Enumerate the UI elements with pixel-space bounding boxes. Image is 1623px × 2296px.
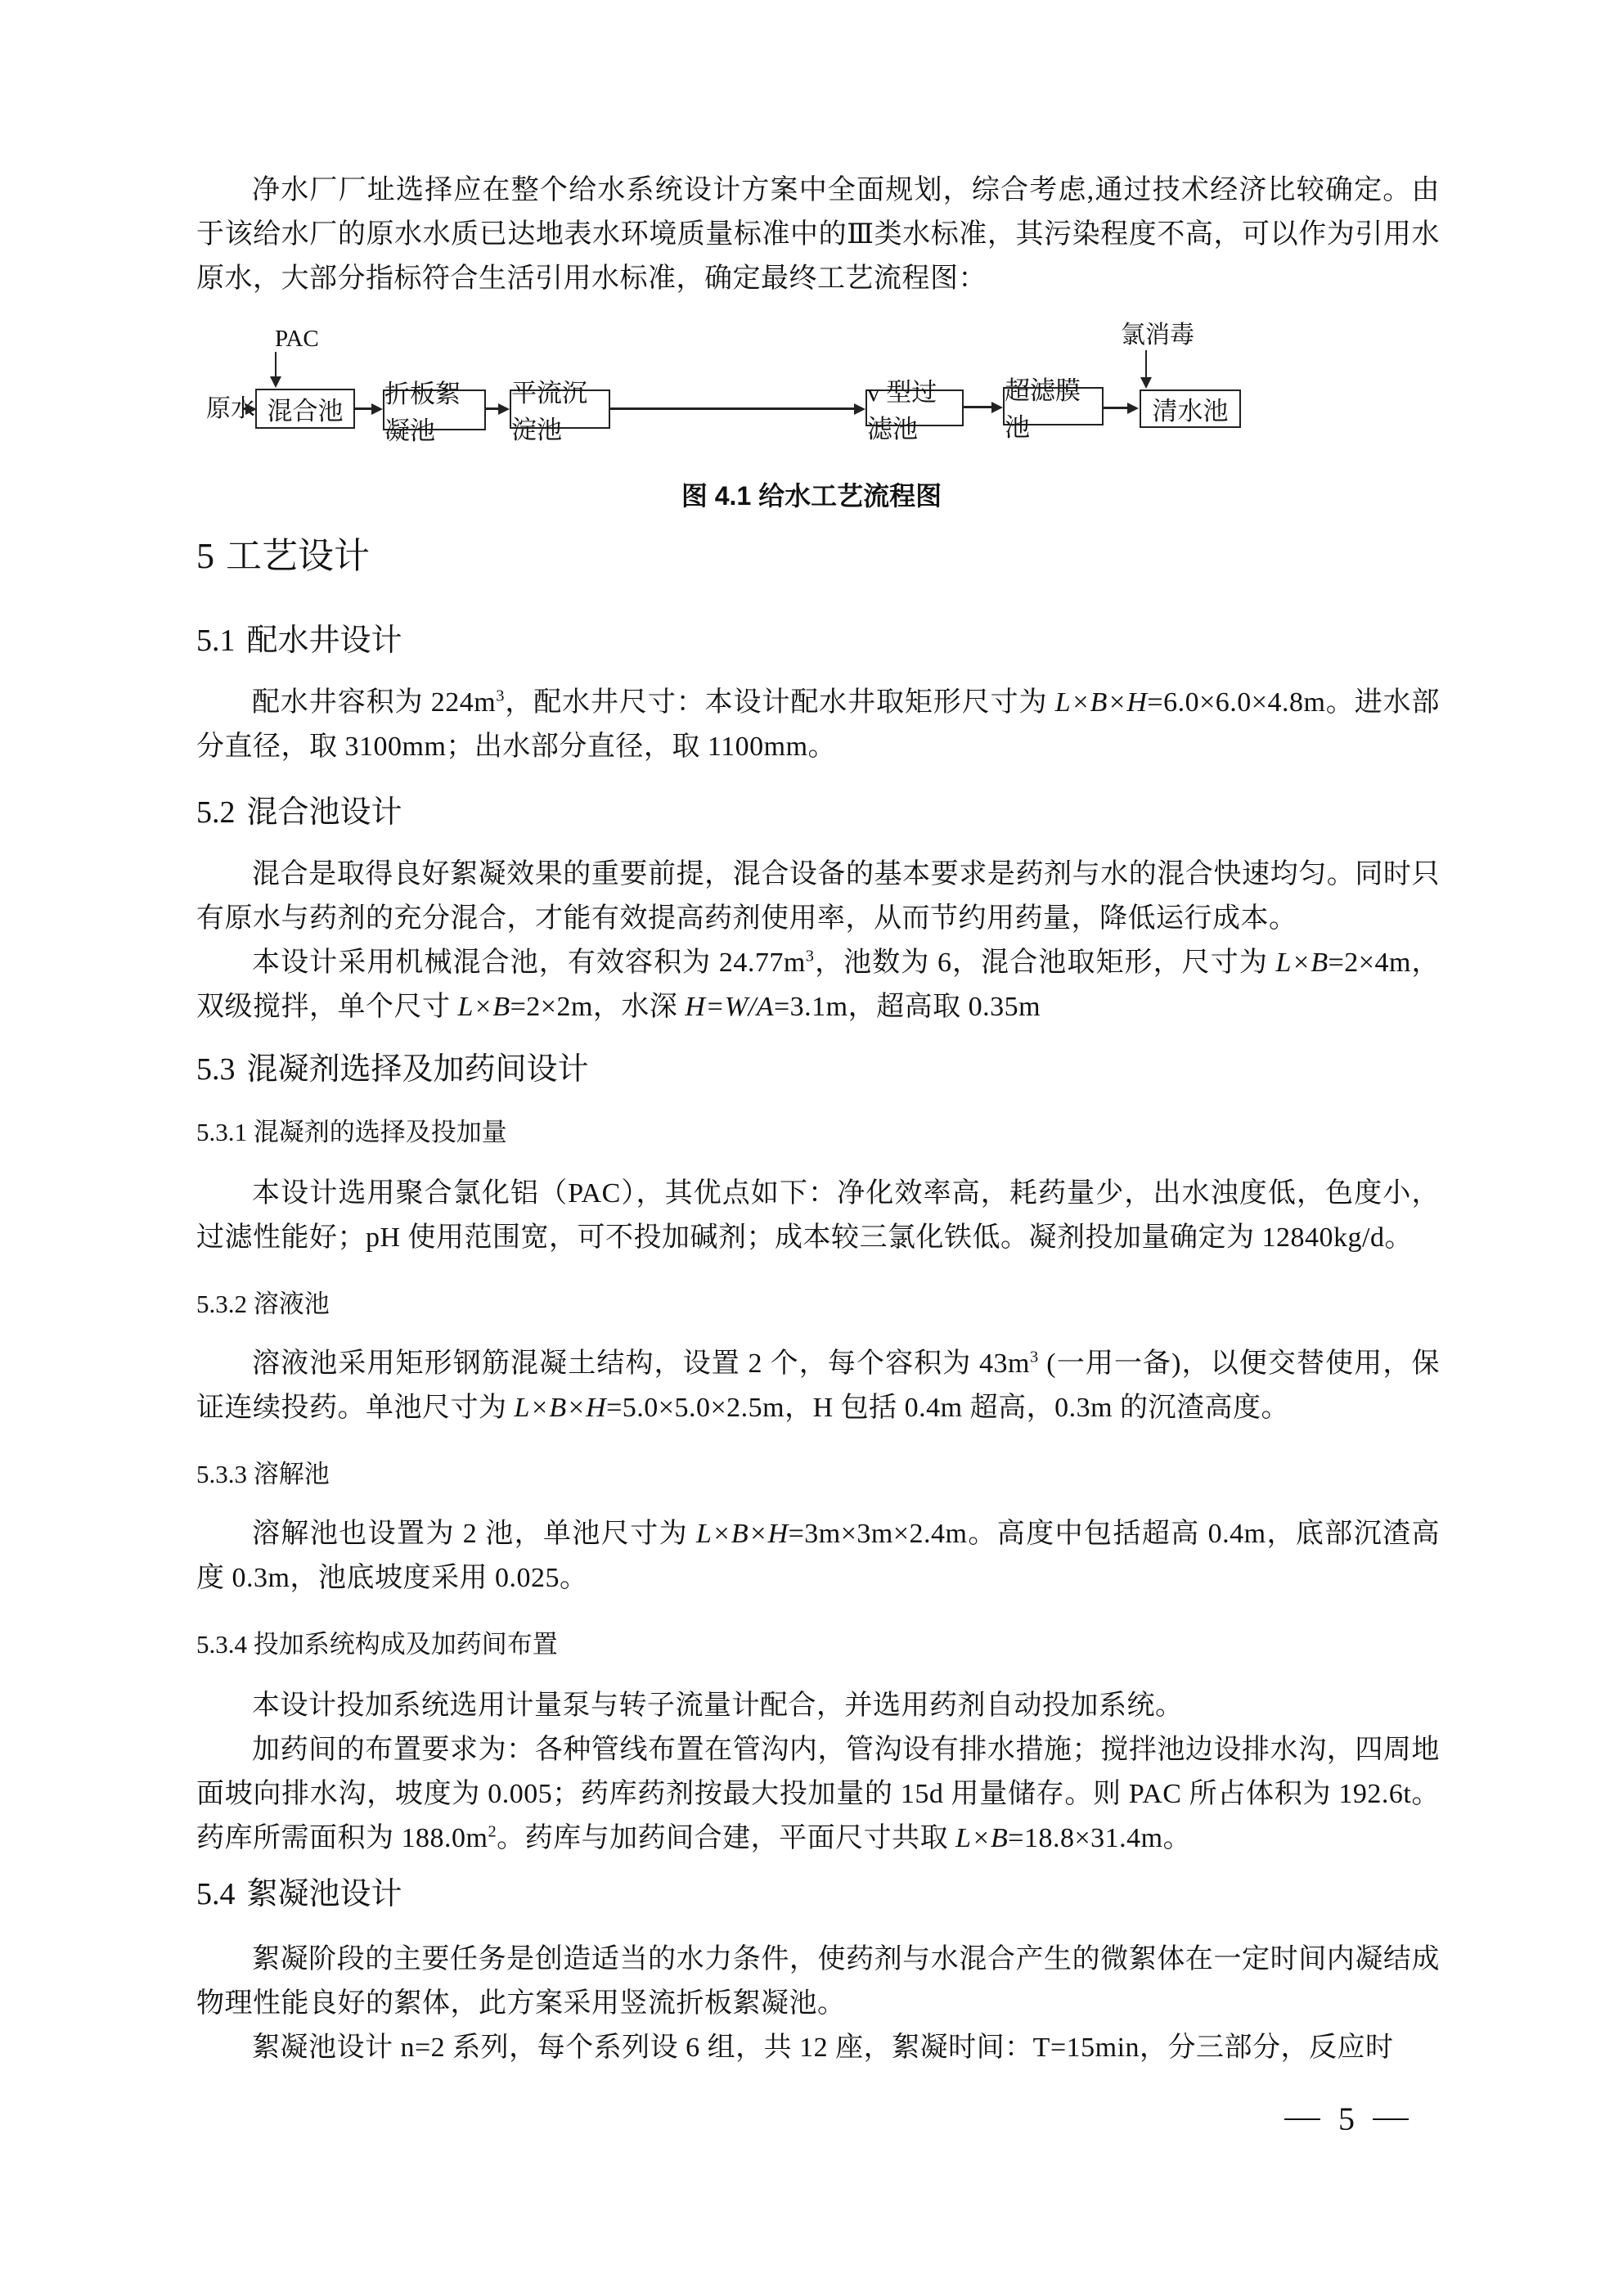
arrow-right-icon: [991, 402, 1003, 413]
arrow-right-icon: [371, 403, 383, 415]
flow-step-mixing-tank: 混合池: [255, 389, 355, 429]
text-run: 本设计采用机械混合池，有效容积为 24.77m: [252, 948, 806, 978]
superscript: 2: [488, 1823, 497, 1841]
flow-dose-chlorine-label: 氯消毒: [1121, 321, 1194, 350]
subsection-5-3-2-paragraph: 溶液池采用矩形钢筋混凝土结构，设置 2 个，每个容积为 43m3 (一用一备)，…: [196, 1342, 1440, 1430]
arrow-right-icon: [854, 403, 865, 415]
text-run: =3.1m，超高取 0.35m: [774, 992, 1041, 1022]
formula: L×B: [458, 992, 510, 1022]
flow-step-label: 清水池: [1153, 390, 1229, 427]
subsection-heading-5-3-2: 5.3.2 溶液池: [196, 1286, 330, 1322]
figure-caption: 图 4.1 给水工艺流程图: [0, 479, 1623, 512]
flow-step-label: 平流沉淀池: [511, 372, 609, 446]
section-heading-5-2: 5.2混合池设计: [196, 792, 402, 833]
section-5-1-paragraph: 配水井容积为 224m3，配水井尺寸：本设计配水井取矩形尺寸为 L×B×H=6.…: [196, 681, 1440, 769]
document-page: 净水厂厂址选择应在整个给水系统设计方案中全面规划，综合考虑,通过技术经济比较确定…: [0, 0, 1623, 2296]
formula: L×B×H: [696, 1519, 789, 1549]
formula: H=W/A: [685, 992, 774, 1022]
flow-connector: [610, 407, 854, 410]
chapter-heading: 5工艺设计: [196, 533, 370, 579]
text-run: 溶液池采用矩形钢筋混凝土结构，设置 2 个，每个容积为 43m: [252, 1348, 1030, 1379]
dash-decoration: [1284, 2118, 1320, 2120]
section-number: 5.2: [196, 795, 236, 830]
section-heading-5-4: 5.4絮凝池设计: [196, 1874, 402, 1915]
section-heading-5-1: 5.1配水井设计: [196, 620, 402, 661]
flow-step-ultrafiltration: 超滤膜池: [1003, 387, 1104, 425]
section-heading-5-3: 5.3混凝剂选择及加药间设计: [196, 1049, 589, 1090]
flow-connector: [964, 406, 993, 408]
section-title: 配水井设计: [247, 624, 402, 658]
section-title: 混凝剂选择及加药间设计: [247, 1052, 589, 1087]
flow-dose-pac-label: PAC: [275, 324, 319, 353]
flow-connector: [486, 407, 499, 410]
flow-step-sedimentation-tank: 平流沉淀池: [510, 389, 610, 429]
formula: L×B×H: [1055, 687, 1148, 718]
flow-step-clear-water-tank: 清水池: [1140, 389, 1241, 428]
section-number: 5.4: [196, 1877, 236, 1911]
flow-dose-line: [275, 352, 276, 378]
subsection-heading-5-3-4: 5.3.4 投加系统构成及加药间布置: [196, 1627, 558, 1663]
flow-step-label: v 型过滤池: [867, 371, 962, 445]
text-run: =2×2m，水深: [510, 992, 686, 1022]
section-5-4-paragraph-1: 絮凝阶段的主要任务是创造适当的水力条件，使药剂与水混合产生的微絮体在一定时间内凝…: [196, 1938, 1440, 2026]
flow-connector: [355, 407, 373, 410]
text-run: 配水井容积为 224m: [252, 687, 496, 718]
process-flow-diagram: 原水 PAC 混合池 折板絮凝池 平流沉淀池 v 型过滤池: [0, 0, 1623, 491]
section-title: 混合池设计: [247, 795, 402, 830]
subsection-5-3-4-paragraph-1: 本设计投加系统选用计量泵与转子流量计配合，并选用药剂自动投加系统。: [196, 1684, 1440, 1728]
section-number: 5.1: [196, 624, 236, 658]
page-number: 5: [1338, 2100, 1355, 2139]
flow-step-label: 折板絮凝池: [384, 373, 484, 447]
flow-step-v-filter: v 型过滤池: [865, 389, 964, 426]
chapter-number: 5: [196, 536, 214, 576]
subsection-heading-5-3-3: 5.3.3 溶解池: [196, 1456, 330, 1492]
chapter-title: 工艺设计: [226, 536, 370, 576]
section-5-4-paragraph-2: 絮凝池设计 n=2 系列，每个系列设 6 组，共 12 座，絮凝时间：T=15m…: [196, 2026, 1440, 2070]
subsection-5-3-1-paragraph: 本设计选用聚合氯化铝（PAC），其优点如下：净化效率高，耗药量少，出水浊度低，色…: [196, 1172, 1440, 1260]
formula: L×B×H: [515, 1393, 607, 1423]
subsection-5-3-4-paragraph-2: 加药间的布置要求为：各种管线布置在管沟内，管沟设有排水措施；搅拌池边设排水沟，四…: [196, 1728, 1440, 1861]
text-run: 。药库与加药间合建，平面尺寸共取: [497, 1823, 955, 1853]
arrow-down-icon: [270, 376, 281, 388]
section-number: 5.3: [196, 1052, 236, 1087]
formula: L×B: [955, 1823, 1008, 1853]
arrow-down-icon: [1140, 377, 1152, 389]
text-run: ，配水井尺寸：本设计配水井取矩形尺寸为: [505, 687, 1055, 718]
flow-step-label: 混合池: [268, 390, 344, 427]
flow-connector: [1104, 407, 1128, 409]
flow-step-flocculation-tank: 折板絮凝池: [383, 389, 486, 430]
arrow-right-icon: [1127, 403, 1139, 414]
formula: L×B: [1276, 948, 1329, 978]
subsection-5-3-3-paragraph: 溶解池也设置为 2 池，单池尺寸为 L×B×H=3m×3m×2.4m。高度中包括…: [196, 1512, 1440, 1600]
text-run: =18.8×31.4m。: [1008, 1823, 1191, 1853]
flow-dose-line: [1145, 350, 1147, 378]
text-run: ，池数为 6，混合池取矩形，尺寸为: [815, 948, 1276, 978]
dash-decoration: [1373, 2118, 1409, 2120]
section-5-2-paragraph-2: 本设计采用机械混合池，有效容积为 24.77m3，池数为 6，混合池取矩形，尺寸…: [196, 941, 1440, 1029]
superscript: 3: [496, 687, 505, 705]
section-5-2-paragraph-1: 混合是取得良好絮凝效果的重要前提，混合设备的基本要求是药剂与水的混合快速均匀。同…: [196, 853, 1440, 941]
text-run: 溶解池也设置为 2 池，单池尺寸为: [252, 1519, 696, 1549]
section-title: 絮凝池设计: [247, 1877, 402, 1911]
text-run: =5.0×5.0×2.5m，H 包括 0.4m 超高，0.3m 的沉渣高度。: [606, 1393, 1289, 1423]
page-number-footer: 5: [1284, 2100, 1409, 2139]
subsection-heading-5-3-1: 5.3.1 混凝剂的选择及投加量: [196, 1114, 507, 1150]
flow-step-label: 超滤膜池: [1005, 370, 1102, 443]
superscript: 3: [1030, 1348, 1039, 1366]
superscript: 3: [806, 948, 815, 966]
arrow-right-icon: [498, 403, 510, 415]
